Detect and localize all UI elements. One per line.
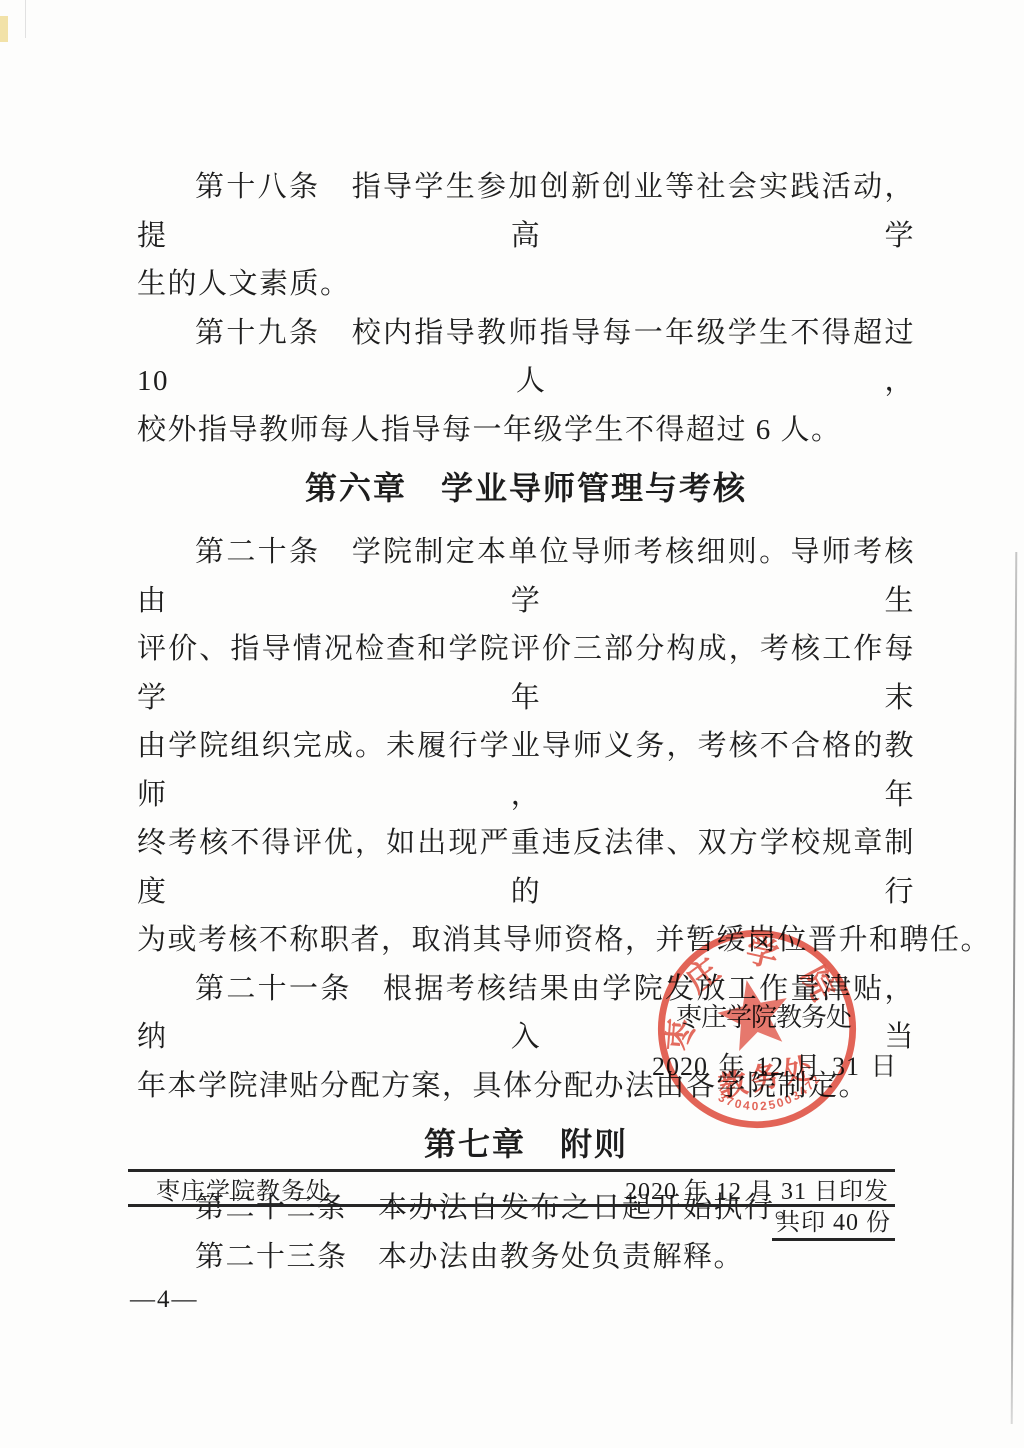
body-line: 终考核不得评优，如出现严重违反法律、双方学校规章制度的行	[137, 819, 915, 916]
footer-issue-date: 2020 年 12 月 31 日印发	[625, 1171, 889, 1206]
footer-copies: 共印 40 份	[772, 1210, 895, 1241]
body-line: 校外指导教师每人指导每一年级学生不得超过 6 人。	[137, 406, 915, 455]
scan-edge-shadow	[1011, 552, 1018, 1424]
body-line: 生的人文素质。	[137, 260, 915, 309]
body-line: 第二十条 学院制定本单位导师考核细则。导师考核由学生	[137, 528, 915, 625]
page-number: —4—	[130, 1286, 199, 1314]
body-line: 由学院组织完成。未履行学业导师义务，考核不合格的教师，年	[137, 722, 915, 819]
official-seal: 枣庄学院 教务处 3704025003472	[634, 906, 881, 1153]
seal-star-icon	[712, 973, 796, 1054]
document-page: 第十八条 指导学生参加创新创业等社会实践活动，提高学 生的人文素质。 第十九条 …	[0, 0, 1024, 1448]
chapter-heading-6: 第六章 学业导师管理与考核	[137, 466, 915, 510]
scan-artifact-yellow	[0, 16, 8, 42]
body-line: 第十八条 指导学生参加创新创业等社会实践活动，提高学	[137, 163, 915, 260]
body-line: 评价、指导情况检查和学院评价三部分构成，考核工作每学年末	[137, 625, 915, 722]
document-footer: 枣庄学院教务处 2020 年 12 月 31 日印发 共印 40 份	[128, 1169, 895, 1241]
chapter-heading-7: 第七章 附则	[137, 1122, 915, 1166]
footer-issuer: 枣庄学院教务处	[156, 1171, 331, 1206]
scan-artifact-line	[25, 0, 26, 38]
body-line: 第十九条 校内指导教师指导每一年级学生不得超过 10 人，	[137, 309, 915, 406]
